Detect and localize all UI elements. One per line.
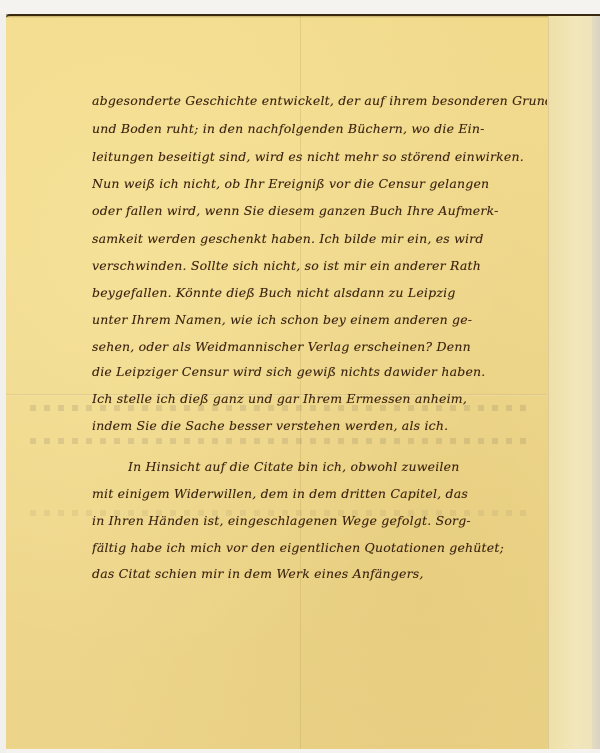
text-line: indem Sie die Sache besser verstehen wer… [92, 418, 547, 433]
text-line: das Citat schien mir in dem Werk eines A… [92, 566, 547, 581]
text-line: unter Ihrem Namen, wie ich schon bey ein… [92, 312, 547, 327]
text-line: beygefallen. Könnte dieß Buch nicht alsd… [92, 285, 547, 300]
text-line: In Hinsicht auf die Citate bin ich, obwo… [128, 459, 548, 474]
text-line: samkeit werden geschenkt haben. Ich bild… [92, 231, 547, 246]
text-line: verschwinden. Sollte sich nicht, so ist … [92, 258, 547, 273]
text-line: Ich stelle ich dieß ganz und gar Ihrem E… [92, 391, 547, 406]
text-line: mit einigem Widerwillen, dem in dem drit… [92, 486, 547, 501]
text-line: Nun weiß ich nicht, ob Ihr Ereigniß vor … [92, 176, 547, 191]
text-line: leitungen beseitigt sind, wird es nicht … [92, 149, 547, 164]
handwritten-text: abgesonderte Geschichte entwickelt, der … [0, 0, 600, 753]
text-line: sehen, oder als Weidmannischer Verlag er… [92, 339, 547, 354]
text-line: abgesonderte Geschichte entwickelt, der … [92, 93, 547, 108]
text-line: die Leipziger Censur wird sich gewiß nic… [92, 364, 547, 379]
text-line: in Ihren Händen ist, eingeschlagenen Weg… [92, 513, 547, 528]
text-line: oder fallen wird, wenn Sie diesem ganzen… [92, 203, 547, 218]
text-line: fältig habe ich mich vor den eigentliche… [92, 540, 547, 555]
text-line: und Boden ruht; in den nachfolgenden Büc… [92, 121, 547, 136]
